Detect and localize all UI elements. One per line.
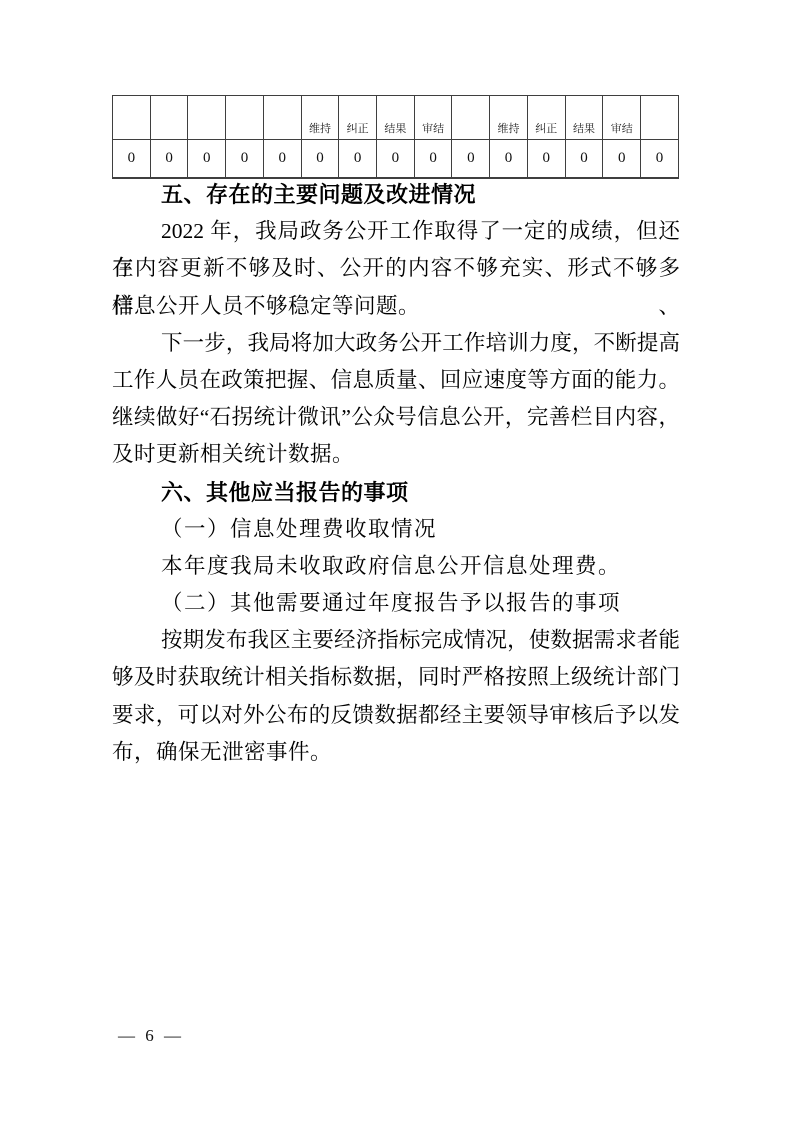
text-line: 继续做好“石拐统计微讯”公众号信息公开，完善栏目内容，	[112, 399, 680, 436]
text-line: 要求，可以对外公布的反馈数据都经主要领导审核后予以发	[112, 697, 680, 734]
text-line: 在内容更新不够及时、公开的内容不够充实、形式不够多样、	[112, 250, 680, 287]
text-line: （一）信息处理费收取情况	[112, 511, 680, 548]
table-cell	[641, 96, 679, 140]
table-cell: 0	[490, 140, 528, 179]
table-cell	[226, 96, 264, 140]
table-cell	[113, 96, 151, 140]
text-line: 按期发布我区主要经济指标完成情况，使数据需求者能	[112, 622, 680, 659]
table-cell: 结果	[565, 96, 603, 140]
text-line: 2022 年，我局政务公开工作取得了一定的成绩，但还存	[112, 213, 680, 250]
table-cell: 0	[188, 140, 226, 179]
table-cell	[263, 96, 301, 140]
table-header-row: 维持纠正结果审结维持纠正结果审结	[113, 96, 679, 140]
table-cell: 结果	[377, 96, 415, 140]
text-line: （二）其他需要通过年度报告予以报告的事项	[112, 585, 680, 622]
table-cell: 纠正	[527, 96, 565, 140]
table-cell: 维持	[301, 96, 339, 140]
table-cell: 纠正	[339, 96, 377, 140]
table-cell: 0	[263, 140, 301, 179]
document-page: 维持纠正结果审结维持纠正结果审结 000000000000000 五、存在的主要…	[0, 0, 793, 1122]
statistics-table: 维持纠正结果审结维持纠正结果审结 000000000000000	[112, 95, 679, 179]
table-values-row: 000000000000000	[113, 140, 679, 179]
table-cell: 0	[565, 140, 603, 179]
table-cell: 审结	[414, 96, 452, 140]
table-cell: 0	[527, 140, 565, 179]
table-cell	[452, 96, 490, 140]
table-cell: 0	[226, 140, 264, 179]
section-heading: 六、其他应当报告的事项	[112, 474, 680, 511]
page-number: — 6 —	[118, 1026, 184, 1046]
document-body: 五、存在的主要问题及改进情况2022 年，我局政务公开工作取得了一定的成绩，但还…	[112, 176, 680, 771]
table-cell: 0	[113, 140, 151, 179]
table-cell: 0	[339, 140, 377, 179]
text-line: 布，确保无泄密事件。	[112, 734, 680, 771]
section-heading: 五、存在的主要问题及改进情况	[112, 176, 680, 213]
table-cell: 0	[414, 140, 452, 179]
text-line: 够及时获取统计相关指标数据，同时严格按照上级统计部门	[112, 659, 680, 696]
table-cell	[188, 96, 226, 140]
text-line: 下一步，我局将加大政务公开工作培训力度，不断提高	[112, 325, 680, 362]
text-line: 及时更新相关统计数据。	[112, 436, 680, 473]
table-cell: 维持	[490, 96, 528, 140]
table-cell: 0	[452, 140, 490, 179]
text-line: 本年度我局未收取政府信息公开信息处理费。	[112, 548, 680, 585]
table-cell: 0	[603, 140, 641, 179]
table-cell: 0	[301, 140, 339, 179]
table-cell: 0	[377, 140, 415, 179]
table-cell: 审结	[603, 96, 641, 140]
table-cell	[150, 96, 188, 140]
text-line: 工作人员在政策把握、信息质量、回应速度等方面的能力。	[112, 362, 680, 399]
table-cell: 0	[150, 140, 188, 179]
table-cell: 0	[641, 140, 679, 179]
